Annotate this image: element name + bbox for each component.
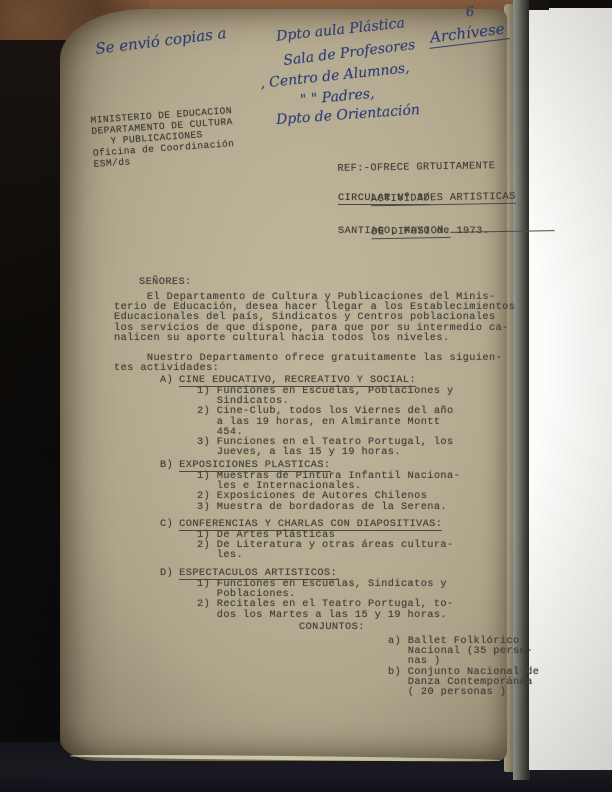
section-c-items: 1) De Artes Plásticas 2) De Literatura y… bbox=[197, 530, 454, 561]
section-c-heading: C)CONFERENCIAS Y CHARLAS CON DIAPOSITIVA… bbox=[160, 519, 442, 529]
scanned-document-photo: Se envió copias a Dpto aula Plástica Sal… bbox=[0, 0, 612, 792]
conjuntos-label: CONJUNTOS: bbox=[299, 622, 365, 632]
circular-number: CIRCULAR Nº 3/ bbox=[338, 193, 430, 203]
salutation: SEÑORES: bbox=[139, 277, 192, 287]
ref-line-1: REF:-OFRECE GRTUITAMENTE bbox=[337, 161, 553, 175]
body-paragraph-1: El Departamento de Cultura y Publicacion… bbox=[114, 292, 515, 343]
section-d-items: 1) Funciones en Escuelas, Sindicatos y P… bbox=[197, 579, 454, 620]
section-b-items: 1) Muestras de Pintura Infantil Naciona-… bbox=[197, 471, 460, 512]
section-d-heading: D)ESPECTACULOS ARTISTICOS: bbox=[160, 568, 337, 578]
letterhead: MINISTERIO DE EDUCACION DEPARTAMENTO DE … bbox=[90, 105, 235, 170]
scan-background-notch bbox=[529, 0, 549, 10]
date-line: SANTIAGO, MAYO de 1973. bbox=[338, 226, 489, 236]
conjuntos-items: a) Ballet Folklórico Nacional (35 perso-… bbox=[388, 636, 539, 697]
ref-prefix: REF:- bbox=[337, 163, 370, 176]
scan-background bbox=[529, 8, 612, 770]
section-b-heading: B)EXPOSICIONES PLASTICAS: bbox=[160, 460, 331, 470]
section-a-items: 1) Funciones en Escuelas, Poblaciones y … bbox=[197, 386, 454, 457]
body-paragraph-2: Nuestro Departamento ofrece gratuitament… bbox=[114, 353, 502, 373]
section-a-heading: A)CINE EDUCATIVO, RECREATIVO Y SOCIAL: bbox=[160, 375, 416, 385]
